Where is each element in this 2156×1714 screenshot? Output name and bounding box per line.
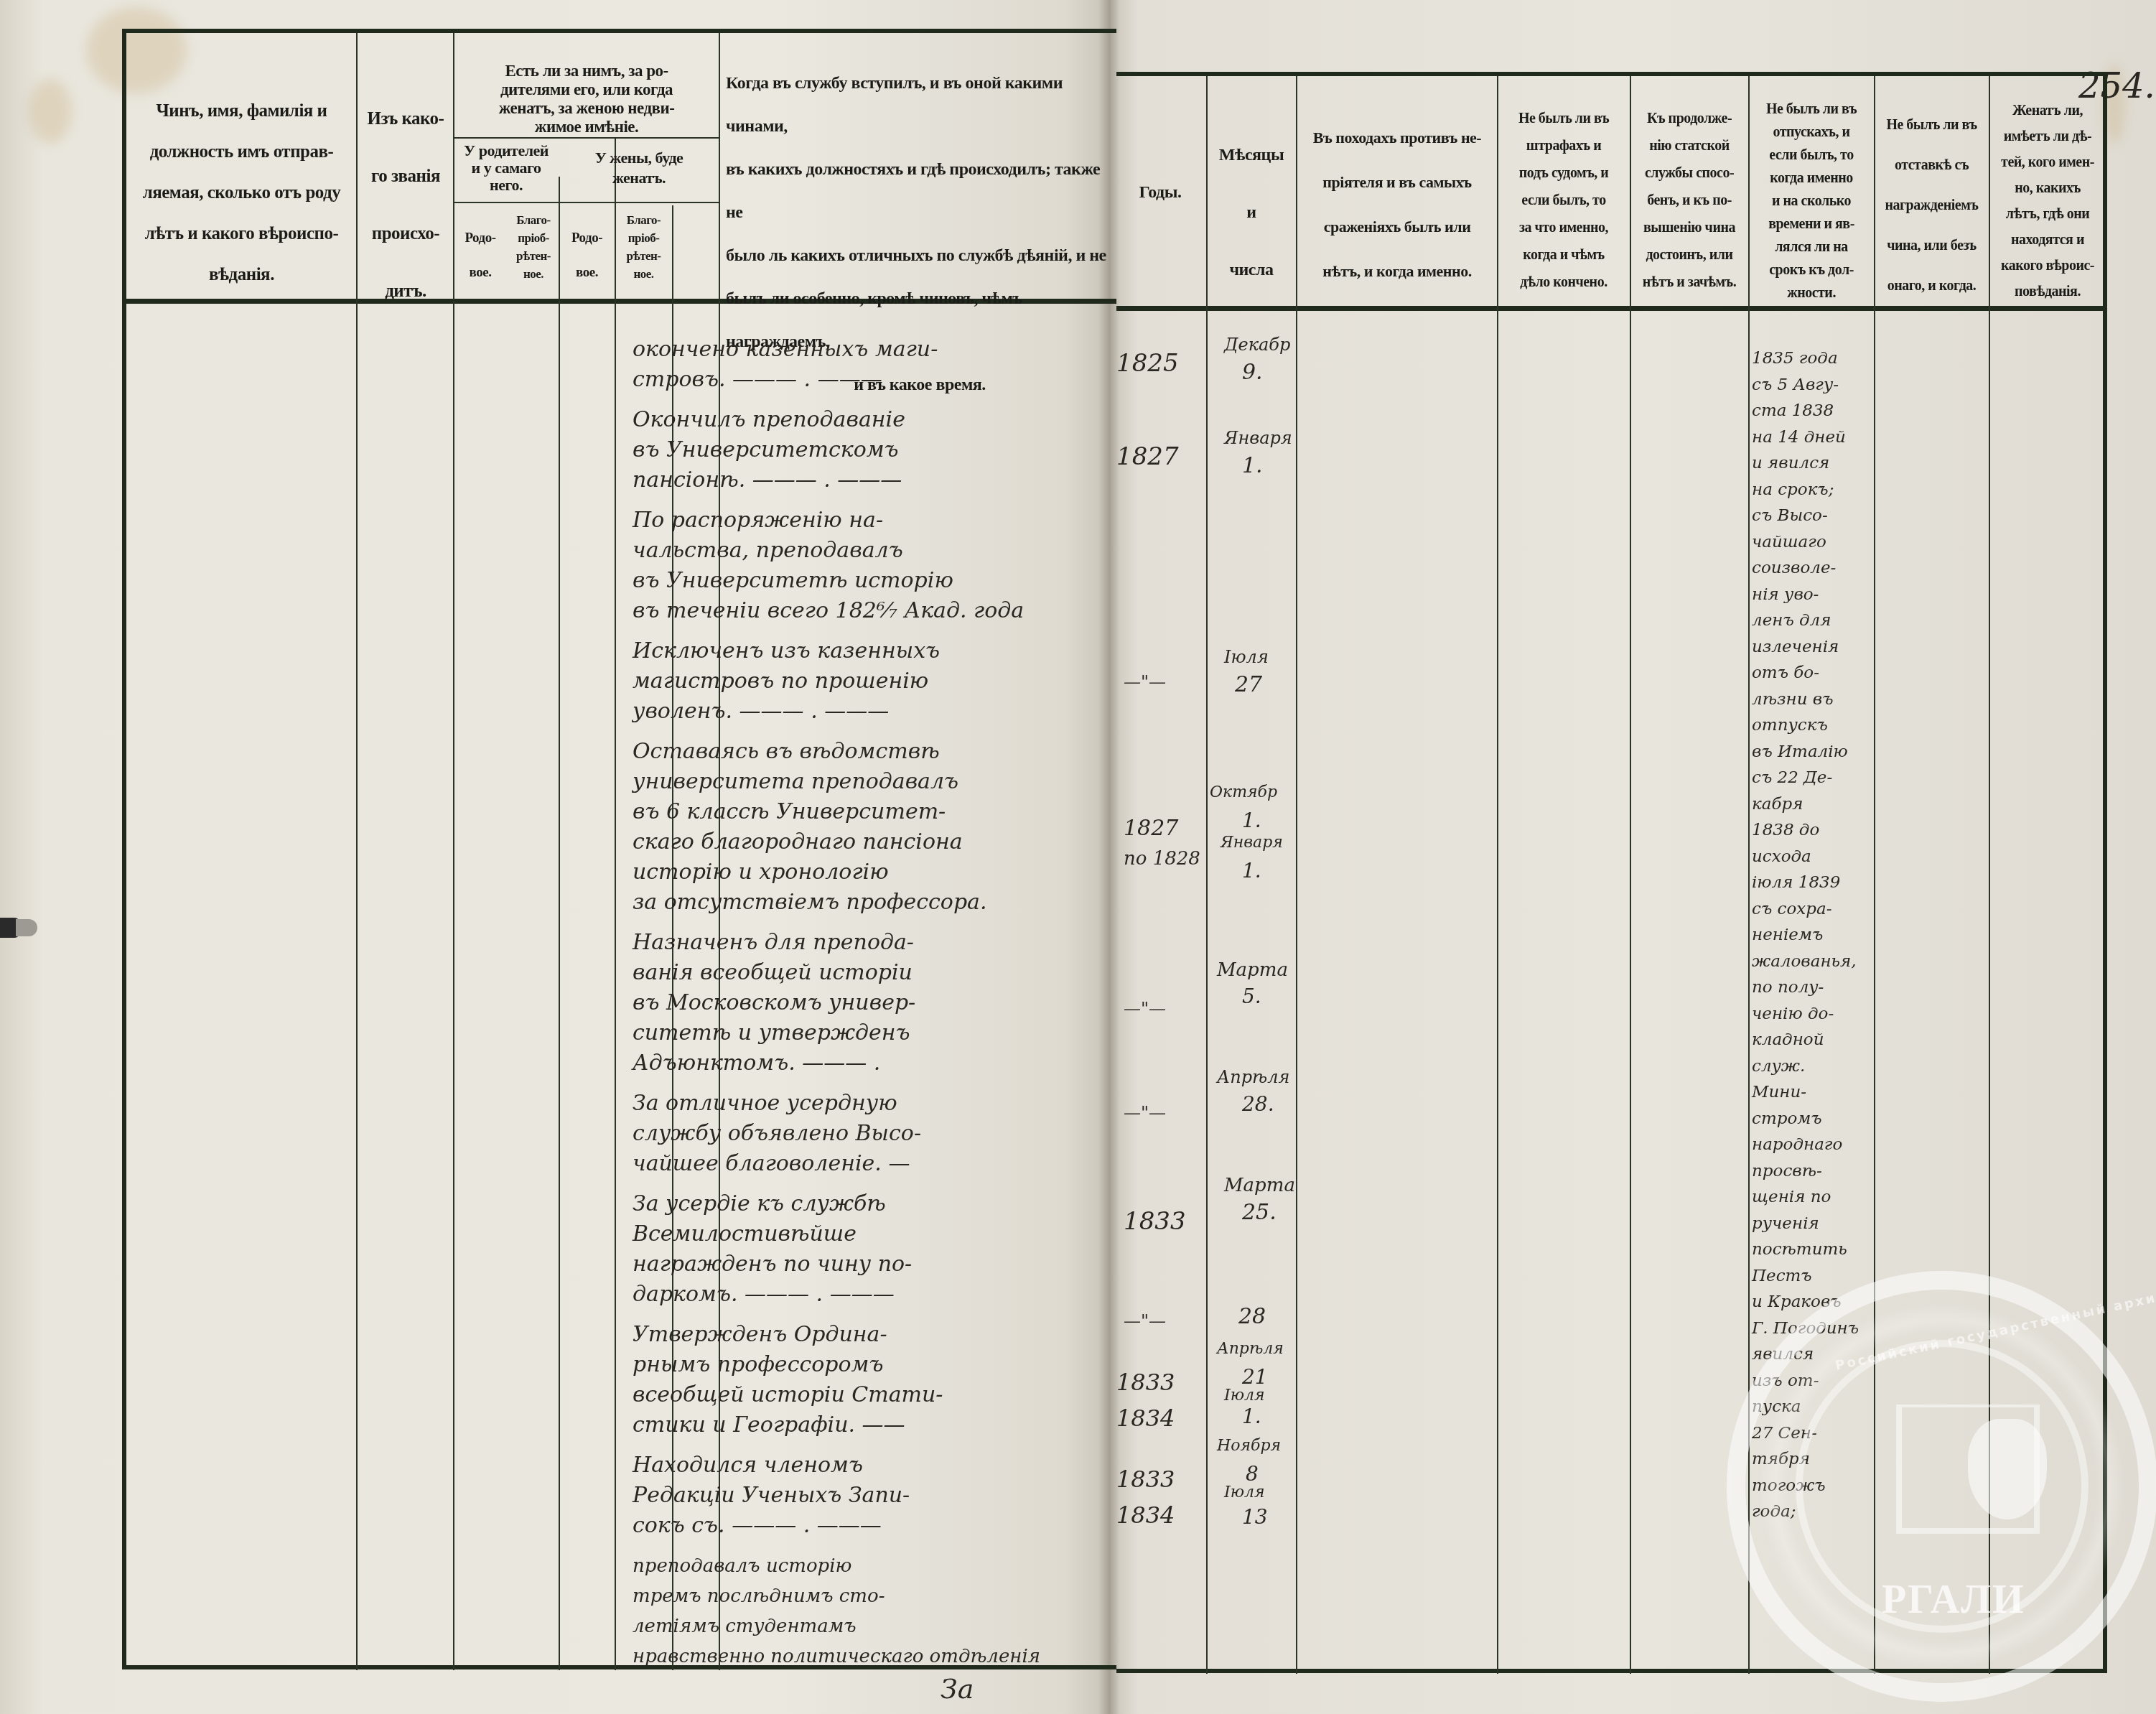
date-year: 1825 xyxy=(1116,349,1179,378)
date-year: 1833 xyxy=(1116,1466,1175,1493)
header-family: Женатъ ли,имѣетъ ли дѣ-тей, кого имен-но… xyxy=(1991,98,2104,304)
date-day: 28. xyxy=(1242,1092,1274,1116)
date-year: —"— xyxy=(1124,672,1166,692)
ledger-spread: Чинъ, имя, фамилія идолжность имъ отправ… xyxy=(0,0,2156,1714)
date-day: 5. xyxy=(1242,984,1261,1008)
service-entry: преподавалъ исторіютремъ послѣднимъ сто-… xyxy=(633,1551,1040,1672)
header-parents-acquired: Благо-пріоб-рѣтен-ное. xyxy=(508,211,559,283)
header-campaigns: Въ походахъ противъ не-пріятеля и въ сам… xyxy=(1299,116,1495,294)
date-year: 1833 xyxy=(1124,1207,1186,1236)
header-wife-acquired: Благо-пріоб-рѣтен-ное. xyxy=(617,211,671,283)
date-day: 1. xyxy=(1242,859,1261,882)
service-entry: За усердіе къ службѣВсемилостивѣйшенагра… xyxy=(633,1189,1040,1310)
date-month: Марта xyxy=(1217,959,1288,981)
date-day: 21 xyxy=(1242,1365,1268,1389)
date-year: —"— xyxy=(1124,1103,1166,1123)
header-penalties: Не былъ ли въштрафахъ иподъ судомъ, иесл… xyxy=(1499,105,1628,296)
date-year: 1827 xyxy=(1116,442,1179,471)
date-year: 1834 xyxy=(1116,1501,1175,1529)
date-month: Января xyxy=(1224,428,1292,448)
archive-stamp: Российский государственный архив литерат… xyxy=(1727,1271,2156,1702)
date-month: Марта xyxy=(1224,1175,1295,1196)
header-leaves: Не былъ ли въотпускахъ, иесли былъ, токо… xyxy=(1750,98,1872,304)
date-month: Ноября xyxy=(1217,1437,1281,1455)
service-entries: окончено казенныхъ маги-стровъ. ——— . ——… xyxy=(633,335,1040,1672)
service-entry: окончено казенныхъ маги-стровъ. ——— . ——… xyxy=(633,335,1040,395)
date-month: Апрѣля xyxy=(1217,1340,1284,1358)
header-divider xyxy=(1116,306,2103,311)
service-entry: По распоряженію на-чальства, преподавалъ… xyxy=(633,506,1040,626)
date-day: 1. xyxy=(1242,1405,1261,1428)
date-day: 27 xyxy=(1235,672,1262,697)
service-entry: Окончилъ преподаваніевъ Университетскомъ… xyxy=(633,405,1040,495)
service-entry: Находился членомъРедакціи Ученыхъ Запи-с… xyxy=(633,1450,1040,1541)
service-entry: За отличное усерднуюслужбу объявлено Выс… xyxy=(633,1089,1040,1179)
header-wife-ancestral: Родо-вое. xyxy=(560,221,614,290)
date-day: 13 xyxy=(1242,1505,1268,1529)
date-month: Іюля xyxy=(1224,1484,1265,1501)
header-rank-name: Чинъ, имя, фамилія идолжность имъ отправ… xyxy=(132,90,351,295)
date-year: по 1828 xyxy=(1124,848,1200,870)
header-retirement: Не былъ ли въотставкѣ сънагражденіемъчин… xyxy=(1876,105,1987,306)
date-day: 1. xyxy=(1242,453,1263,478)
stamp-label: РГАЛИ xyxy=(1882,1577,2025,1623)
date-day: 9. xyxy=(1242,360,1263,385)
date-year: 1827 xyxy=(1124,816,1178,841)
header-capability: Къ продолже-нію статскойслужбы спосо-бен… xyxy=(1632,105,1747,296)
pen-pointer xyxy=(0,912,39,941)
date-day: 28 xyxy=(1238,1304,1266,1329)
date-day: 8 xyxy=(1246,1462,1259,1486)
date-month: Октябр xyxy=(1210,783,1277,801)
header-months-days: Мѣсяцыичисла xyxy=(1208,126,1294,299)
date-year: 1834 xyxy=(1116,1405,1175,1432)
date-day: 1. xyxy=(1242,809,1261,832)
header-property: Есть ли за нимъ, за ро-дителями его, или… xyxy=(457,62,717,136)
header-origin: Изъ како-го званіяпроисхо-дитъ. xyxy=(360,90,452,320)
service-entry: Утвержденъ Ордина-рнымъ профессоромъвсео… xyxy=(633,1320,1040,1440)
service-entry: Исключенъ изъ казенныхъмагистровъ по про… xyxy=(633,636,1040,727)
date-day: 25. xyxy=(1242,1200,1277,1225)
service-entry: Оставаясь въ вѣдомствѣуниверситета препо… xyxy=(633,737,1040,918)
header-property-parents: У родителейи у самагонего. xyxy=(455,142,557,194)
date-year: —"— xyxy=(1124,1311,1166,1331)
catchword: За xyxy=(941,1673,974,1705)
date-year: —"— xyxy=(1124,999,1166,1019)
date-month: Апрѣля xyxy=(1217,1067,1289,1087)
date-month: Декабр xyxy=(1224,335,1290,355)
water-stain xyxy=(29,79,72,144)
date-month: Января xyxy=(1221,834,1283,852)
header-property-wife: У жены, будеженатъ. xyxy=(561,148,717,188)
date-month: Іюля xyxy=(1224,647,1269,667)
date-month: Іюля xyxy=(1224,1387,1265,1405)
header-parents-ancestral: Родо-вое. xyxy=(455,221,505,290)
date-year: 1833 xyxy=(1116,1369,1175,1396)
theatre-mask-icon xyxy=(1968,1419,2047,1519)
header-years: Годы. xyxy=(1116,184,1204,201)
service-entry: Назначенъ для препода-ванія всеобщей ист… xyxy=(633,928,1040,1079)
left-service-table: Чинъ, имя, фамилія идолжность имъ отправ… xyxy=(122,29,1116,1669)
